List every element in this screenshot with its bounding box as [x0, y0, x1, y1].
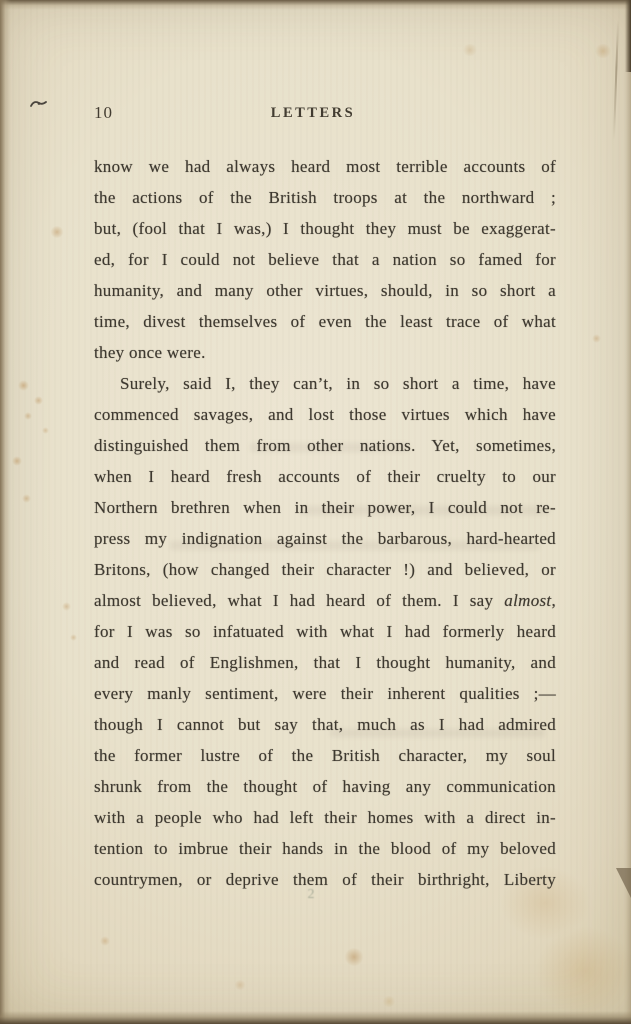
foxing-stain [594, 44, 612, 58]
foxing-stain [34, 396, 43, 405]
text-line: Northern brethren when in their power, I… [94, 492, 556, 523]
foxing-stain [50, 226, 64, 238]
foxing-stain [234, 980, 246, 990]
foxing-stain [70, 634, 77, 641]
foxing-stain [535, 926, 631, 1016]
paper-crease [613, 20, 619, 140]
foxing-stain [24, 412, 32, 420]
text-line: distinguished them from other nations. Y… [94, 430, 556, 461]
pen-mark-icon [30, 96, 48, 114]
text-line: Surely, said I, they can’t, in so short … [94, 368, 556, 399]
foxing-stain [22, 494, 31, 503]
foxing-stain [100, 936, 110, 946]
foxing-stain [344, 948, 364, 966]
text-line: every manly sentiment, were their inhere… [94, 678, 556, 709]
text-line: tention to imbrue their hands in the blo… [94, 833, 556, 864]
page-edge-top [0, 0, 631, 10]
text-line: press my indignation against the barbaro… [94, 523, 556, 554]
page-edge-left [0, 0, 11, 1024]
running-title: LETTERS [94, 105, 532, 122]
foxing-stain [592, 334, 601, 343]
text-line: but, (fool that I was,) I thought they m… [94, 213, 556, 244]
text-line: ed, for I could not believe that a natio… [94, 244, 556, 275]
text-line: for I was so infatuated with what I had … [94, 616, 556, 647]
page-header: 10 LETTERS [94, 103, 556, 123]
body-text: know we had always heard most terrible a… [94, 151, 556, 895]
text-line: the former lustre of the British charact… [94, 740, 556, 771]
page-corner-shadow [616, 868, 631, 898]
text-line: commenced savages, and lost those virtue… [94, 399, 556, 430]
foxing-stain [42, 427, 49, 434]
foxing-stain [12, 456, 22, 466]
page-edge-bottom [0, 1011, 631, 1024]
foxing-stain [382, 996, 396, 1007]
text-line: humanity, and many other virtues, should… [94, 275, 556, 306]
scanned-book-page: 10 LETTERS know we had always heard most… [0, 0, 631, 1024]
text-line: and read of Englishmen, that I thought h… [94, 647, 556, 678]
text-line: shrunk from the thought of having any co… [94, 771, 556, 802]
text-line: almost believed, what I had heard of the… [94, 585, 556, 616]
page-edge-right-top [625, 0, 631, 72]
foxing-stain [62, 602, 71, 611]
foxing-stain [462, 44, 478, 56]
foxing-stain [18, 380, 29, 391]
text-line: know we had always heard most terrible a… [94, 151, 556, 182]
text-line: when I heard fresh accounts of their cru… [94, 461, 556, 492]
text-line: Britons, (how changed their character !)… [94, 554, 556, 585]
text-line: the actions of the British troops at the… [94, 182, 556, 213]
text-line: time, divest themselves of even the leas… [94, 306, 556, 337]
signature-mark: 2 [296, 887, 326, 903]
text-line: though I cannot but say that, much as I … [94, 709, 556, 740]
text-line: with a people who had left their homes w… [94, 802, 556, 833]
text-line: they once were. [94, 337, 556, 368]
